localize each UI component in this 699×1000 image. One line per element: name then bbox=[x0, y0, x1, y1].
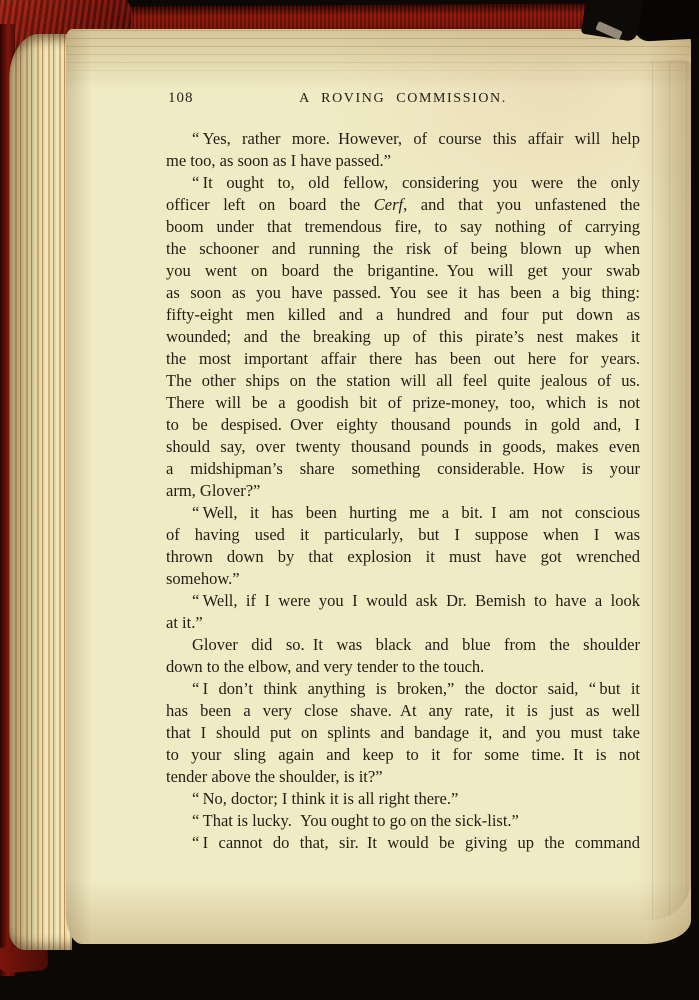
text-line: officer left on board the Cerf, and that… bbox=[166, 194, 640, 216]
text-line: There will be a goodish bit of prize-mon… bbox=[166, 392, 640, 414]
text-line: somehow.” bbox=[166, 568, 640, 590]
text-line: of having used it particularly, but I su… bbox=[166, 524, 640, 546]
running-head: A ROVING COMMISSION. bbox=[299, 91, 507, 107]
text-line: “ Yes, rather more. However, of course t… bbox=[166, 128, 640, 150]
ship-name-italic: Cerf bbox=[374, 195, 403, 214]
text-line: a midshipman’s share something considera… bbox=[166, 458, 640, 480]
text-line: you went on board the brigantine. You wi… bbox=[166, 260, 640, 282]
text-line: “ That is lucky. You ought to go on the … bbox=[166, 810, 640, 832]
page-leaf-edges bbox=[9, 34, 72, 950]
text-line: “ Well, if I were you I would ask Dr. Be… bbox=[166, 590, 640, 612]
text-line: should say, over twenty thousand pounds … bbox=[166, 436, 640, 458]
text-line: “ No, doctor; I think it is all right th… bbox=[166, 788, 640, 810]
line-part: , and that you unfastened the bbox=[403, 195, 640, 214]
page-right-curl bbox=[636, 60, 691, 920]
text-line: tender above the shoulder, is it?” bbox=[166, 766, 640, 788]
text-line: at it.” bbox=[166, 612, 640, 634]
text-line: the most important affair there has been… bbox=[166, 348, 640, 370]
text-line: The other ships on the station will all … bbox=[166, 370, 640, 392]
text-line: to be despised. Over eighty thousand pou… bbox=[166, 414, 640, 436]
page-header: 108 A ROVING COMMISSION. bbox=[166, 88, 640, 112]
text-line: arm, Glover?” bbox=[166, 480, 640, 502]
text-line: wounded; and the breaking up of this pir… bbox=[166, 326, 640, 348]
top-right-shadow bbox=[633, 0, 699, 42]
text-line: to your sling again and keep to it for s… bbox=[166, 744, 640, 766]
text-line: me too, as soon as I have passed.” bbox=[166, 150, 640, 172]
page-number: 108 bbox=[168, 90, 194, 107]
text-line: has been a very close shave. At any rate… bbox=[166, 700, 640, 722]
page-top-edge-ridges bbox=[66, 30, 691, 84]
text-line: “ I don’t think anything is broken,” the… bbox=[166, 678, 640, 700]
text-line: “ It ought to, old fellow, considering y… bbox=[166, 172, 640, 194]
text-line: the schooner and running the risk of bei… bbox=[166, 238, 640, 260]
text-line: “ I cannot do that, sir. It would be giv… bbox=[166, 832, 640, 854]
text-line: boom under that tremendous fire, to say … bbox=[166, 216, 640, 238]
text-line: fifty-eight men killed and a hundred and… bbox=[166, 304, 640, 326]
text-line: “ Well, it has been hurting me a bit. I … bbox=[166, 502, 640, 524]
text-line: as soon as you have passed. You see it h… bbox=[166, 282, 640, 304]
line-part: officer left on board the bbox=[166, 195, 374, 214]
book-photo: 108 A ROVING COMMISSION. “ Yes, rather m… bbox=[0, 0, 699, 1000]
text-line: Glover did so. It was black and blue fro… bbox=[166, 634, 640, 656]
page-text-block: 108 A ROVING COMMISSION. “ Yes, rather m… bbox=[166, 88, 640, 854]
text-line: down to the elbow, and very tender to th… bbox=[166, 656, 640, 678]
text-line: that I should put on splints and bandage… bbox=[166, 722, 640, 744]
page-body: “ Yes, rather more. However, of course t… bbox=[166, 128, 640, 854]
text-line: thrown down by that explosion it must ha… bbox=[166, 546, 640, 568]
